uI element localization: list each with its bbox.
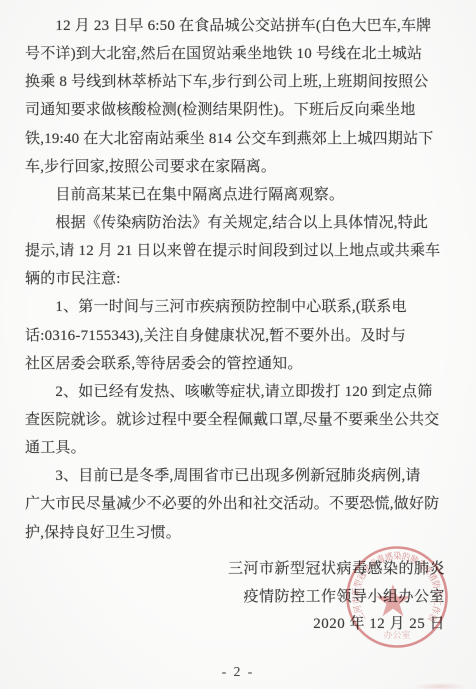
document-line: 话:0316-7155343),关注自身健康状况,暂不要外出。及时与 [25,322,455,350]
document-line: 护,保持良好卫生习惯。 [25,519,455,547]
document-line: 广大市民尽量减少不必要的外出和社交活动。不要恐慌,做好防 [25,490,455,518]
signature-block: 三河市新型冠状病毒感染的肺炎 疫情防控工作领导小组办公室 2020 年 12 月… [228,556,445,639]
document-line: 2、如已经有发热、咳嗽等症状,请立即拨打 120 到定点筛 [25,378,455,406]
document-line: 3、目前已是冬季,周围省市已出现多例新冠肺炎病例,请 [25,462,455,490]
signature-org-line2: 疫情防控工作领导小组办公室 [228,584,445,612]
stamp-smudge [414,683,466,689]
document-line: 司通知要求做核酸检测(检测结果阴性)。下班后反向乘坐地 [25,96,455,124]
page-number: - 2 - [0,664,476,680]
document-line: 通工具。 [25,434,455,462]
document-line: 换乘 8 号线到林萃桥站下车,步行到公司上班,上班期间按照公 [25,68,455,96]
signature-date: 2020 年 12 月 25 日 [228,611,445,639]
signature-org-line1: 三河市新型冠状病毒感染的肺炎 [228,556,445,584]
document-body: 12 月 23 日早 6:50 在食品城公交站拼车(白色大巴车,车牌 号不详)到… [25,12,455,547]
document-line: 铁,19:40 在大北窑南站乘坐 814 公交车到燕郊上上城四期站下 [25,125,455,153]
document-line: 目前高某某已在集中隔离点进行隔离观察。 [25,181,455,209]
document-line: 辆的市民注意: [25,265,455,293]
document-line: 提示,请 12 月 21 日以来曾在提示时间段到过以上地点或共乘车 [25,237,455,265]
document-line: 查医院就诊。就诊过程中要全程佩戴口罩,尽量不要乘坐公共交 [25,406,455,434]
document-line: 社区居委会联系,等待居委会的管控通知。 [25,350,455,378]
document-line: 号不详)到大北窑,然后在国贸站乘坐地铁 10 号线在北土城站 [25,40,455,68]
document-line: 车,步行回家,按照公司要求在家隔离。 [25,153,455,181]
document-line: 根据《传染病防治法》有关规定,结合以上具体情况,特此 [25,209,455,237]
document-line: 12 月 23 日早 6:50 在食品城公交站拼车(白色大巴车,车牌 [25,12,455,40]
scanned-document-page: 12 月 23 日早 6:50 在食品城公交站拼车(白色大巴车,车牌 号不详)到… [0,0,476,689]
document-line: 1、第一时间与三河市疾病预防控制中心联系,(联系电 [25,293,455,321]
